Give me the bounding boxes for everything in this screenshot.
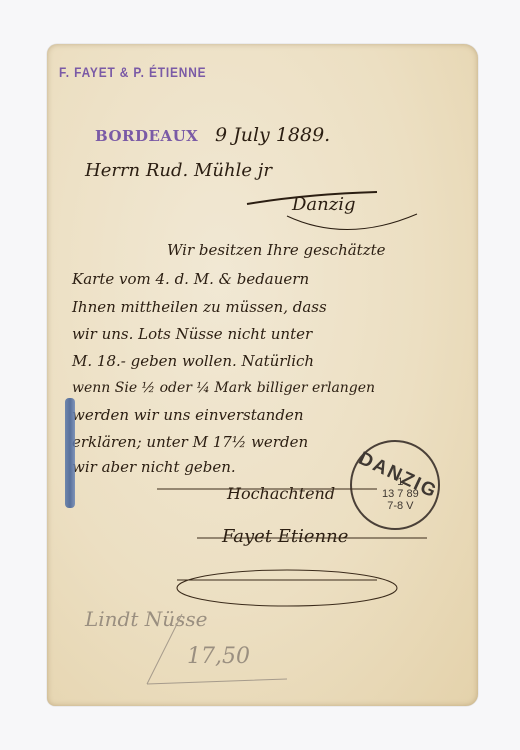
postcard: F. FAYET & P. ÉTIENNE BORDEAUX 9 July 18… [47,44,478,706]
pen-flourishes [47,44,478,706]
